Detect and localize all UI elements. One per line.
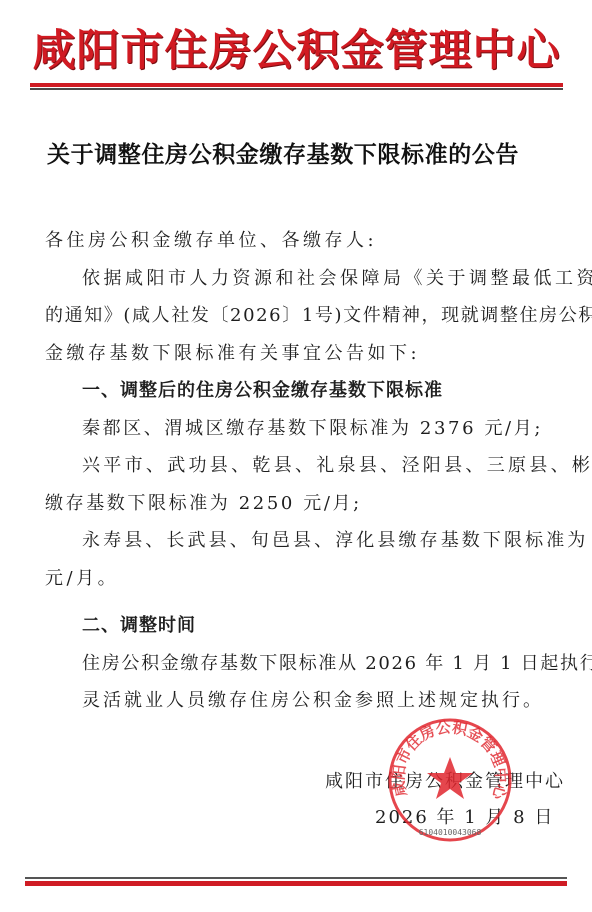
intro-line: 金缴存基数下限标准有关事宜公告如下: bbox=[45, 335, 550, 373]
notice-title: 关于调整住房公积金缴存基数下限标准的公告 bbox=[30, 137, 587, 173]
section1-line: 元/月。 bbox=[45, 560, 550, 598]
section1-line: 永寿县、长武县、旬邑县、淳化县缴存基数下限标准为 2140 bbox=[45, 522, 550, 560]
notice-body: 各住房公积金缴存单位、各缴存人: 依据咸阳市人力资源和社会保障局《关于调整最低工… bbox=[45, 222, 550, 720]
footer-rule-dark bbox=[25, 877, 567, 879]
official-seal-icon: 咸阳市住房公积金管理中心 6104010043068 bbox=[385, 715, 515, 845]
intro-line: 依据咸阳市人力资源和社会保障局《关于调整最低工资标准 bbox=[45, 260, 550, 298]
section1-line: 缴存基数下限标准为 2250 元/月; bbox=[45, 485, 550, 523]
masthead-rule-dark bbox=[30, 88, 563, 90]
svg-text:6104010043068: 6104010043068 bbox=[419, 828, 482, 837]
section-heading-1: 一、调整后的住房公积金缴存基数下限标准 bbox=[45, 372, 550, 410]
masthead-rule-red bbox=[30, 83, 563, 87]
section1-line: 兴平市、武功县、乾县、礼泉县、泾阳县、三原县、彬州市 bbox=[45, 447, 550, 485]
section2-line: 灵活就业人员缴存住房公积金参照上述规定执行。 bbox=[45, 682, 550, 720]
masthead-title: 咸阳市住房公积金管理中心 bbox=[30, 22, 563, 80]
salutation: 各住房公积金缴存单位、各缴存人: bbox=[45, 222, 550, 260]
footer-rule-red bbox=[25, 881, 567, 886]
intro-line: 的通知》(咸人社发〔2026〕1号)文件精神，现就调整住房公积 bbox=[45, 297, 550, 335]
section1-line: 秦都区、渭城区缴存基数下限标准为 2376 元/月; bbox=[45, 410, 550, 448]
section-heading-2: 二、调整时间 bbox=[45, 607, 550, 645]
section2-line: 住房公积金缴存基数下限标准从 2026 年 1 月 1 日起执行。 bbox=[45, 645, 550, 683]
